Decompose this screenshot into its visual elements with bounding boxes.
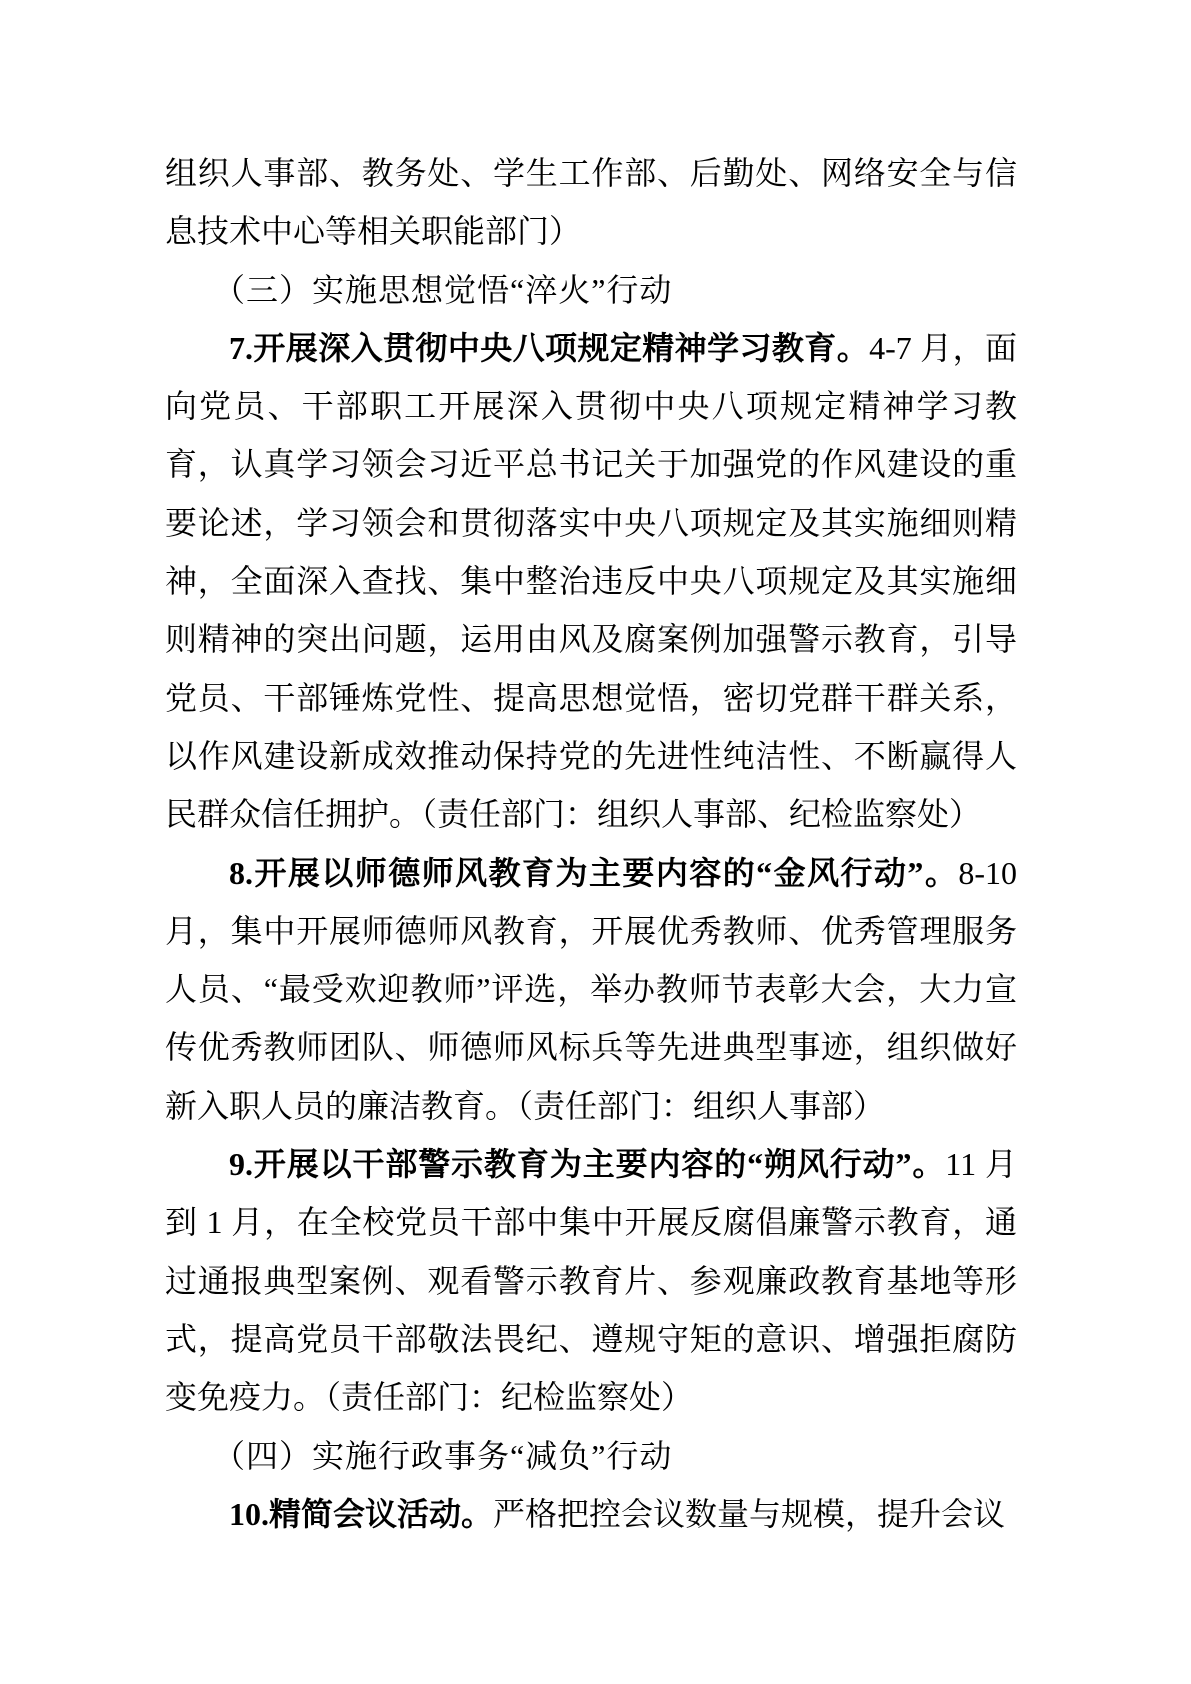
item-lead-text: 10.精简会议活动。 bbox=[229, 1496, 493, 1532]
paragraph-p6-section-heading-4: （四）实施行政事务“减负”行动 bbox=[165, 1427, 1017, 1485]
document-body: 组织人事部、教务处、学生工作部、后勤处、网络安全与信息技术中心等相关职能部门）（… bbox=[165, 144, 1017, 1543]
paragraph-p5-item-9: 9.开展以干部警示教育为主要内容的“朔风行动”。11 月到 1 月，在全校党员干… bbox=[165, 1135, 1017, 1426]
item-lead-text: 7.开展深入贯彻中央八项规定精神学习教育。 bbox=[229, 330, 869, 366]
paragraph-p4-item-8: 8.开展以师德师风教育为主要内容的“金风行动”。8-10 月，集中开展师德师风教… bbox=[165, 844, 1017, 1135]
body-text-run: 8-10 月，集中开展师德师风教育，开展优秀教师、优秀管理服务人员、“最受欢迎教… bbox=[165, 855, 1017, 1124]
document-page: 组织人事部、教务处、学生工作部、后勤处、网络安全与信息技术中心等相关职能部门）（… bbox=[0, 0, 1191, 1684]
item-lead-text: 8.开展以师德师风教育为主要内容的“金风行动”。 bbox=[229, 855, 958, 891]
paragraph-p3-item-7: 7.开展深入贯彻中央八项规定精神学习教育。4-7 月，面向党员、干部职工开展深入… bbox=[165, 319, 1017, 844]
item-lead-text: 9.开展以干部警示教育为主要内容的“朔风行动”。 bbox=[229, 1146, 945, 1182]
section-heading-text: （三）实施思想觉悟“淬火”行动 bbox=[213, 272, 672, 308]
body-text-run: 组织人事部、教务处、学生工作部、后勤处、网络安全与信息技术中心等相关职能部门） bbox=[165, 155, 1017, 249]
body-text-run: 严格把控会议数量与规模，提升会议 bbox=[493, 1496, 1005, 1532]
body-text-run: 11 月到 1 月，在全校党员干部中集中开展反腐倡廉警示教育，通过通报典型案例、… bbox=[165, 1146, 1017, 1415]
section-heading-text: （四）实施行政事务“减负”行动 bbox=[213, 1438, 672, 1474]
paragraph-p1-continuation: 组织人事部、教务处、学生工作部、后勤处、网络安全与信息技术中心等相关职能部门） bbox=[165, 144, 1017, 261]
paragraph-p7-item-10: 10.精简会议活动。严格把控会议数量与规模，提升会议 bbox=[165, 1485, 1017, 1543]
body-text-run: 4-7 月，面向党员、干部职工开展深入贯彻中央八项规定精神学习教育，认真学习领会… bbox=[165, 330, 1017, 832]
paragraph-p2-section-heading-3: （三）实施思想觉悟“淬火”行动 bbox=[165, 261, 1017, 319]
